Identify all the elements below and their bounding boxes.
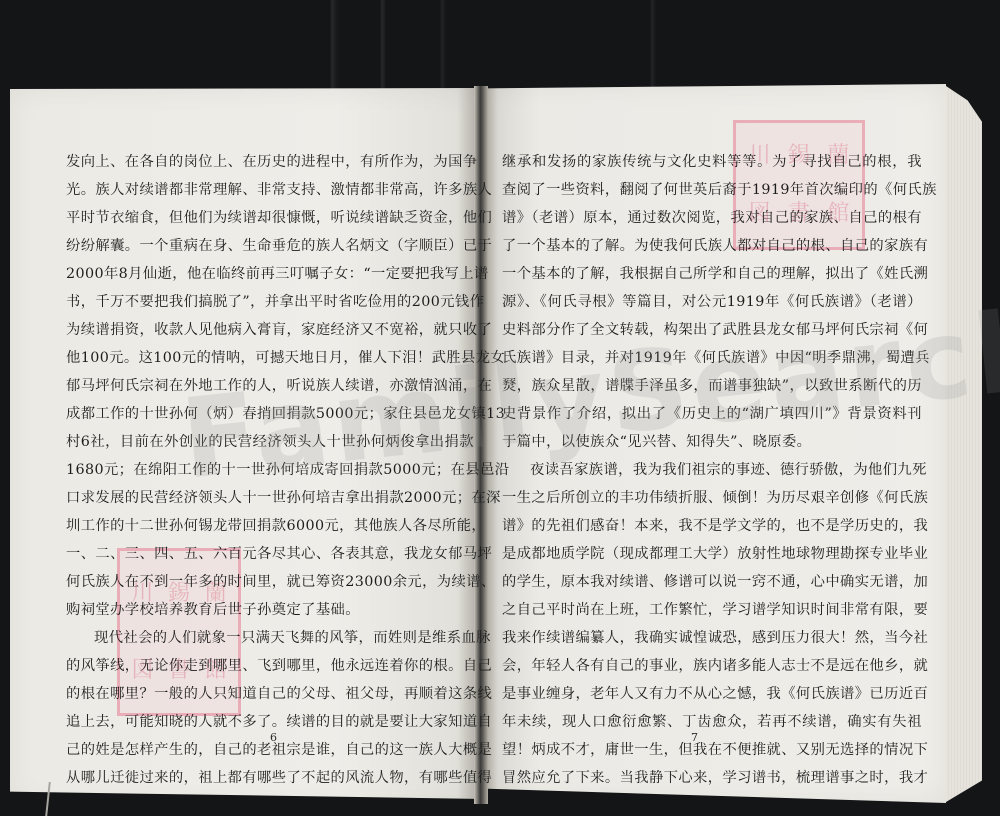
- text-line: 会，年轻人各有自己的事业，族内诸多能人志士不是远在他乡，就: [502, 652, 922, 680]
- text-line: 村6社，目前在外创业的民营经济领头人十世孙何炳俊拿出捐款: [66, 428, 474, 456]
- text-line: 从哪儿迁徙过来的，祖上都有哪些了不起的风流人物，有哪些值得: [66, 764, 474, 792]
- page-number-right: 7: [691, 731, 698, 744]
- text-line: 纷纷解囊。一个重病在身、生命垂危的族人名炳文（字顺臣）已于: [66, 232, 474, 260]
- text-line: 一、二、三、四、五、六百元各尽其心、各表其意，我龙女郁马坪: [66, 540, 474, 568]
- text-line: 为续谱捐资，收款人见他病入膏肓，家庭经济又不宽裕，就只收了: [66, 316, 474, 344]
- text-line: 光。族人对续谱都非常理解、非常支持、激情都非常高，许多族人: [66, 176, 474, 204]
- text-line: 口求发展的民营经济领头人十一世孙何培吉拿出捐款2000元；在深: [66, 484, 474, 512]
- text-line: 源》、《何氏寻根》等篇目，对公元1919年《何氏族谱》（老谱）: [502, 288, 922, 316]
- text-line: 谱》（老谱）原本，通过数次阅览，我对自己的家族、自己的根有: [502, 204, 922, 232]
- paragraph-start-line: 现代社会的人们就象一只满天飞舞的风筝，而姓则是维系血脉: [66, 624, 474, 652]
- text-line: 郁马坪何氏宗祠在外地工作的人，听说族人续谱，亦激情汹涌，在: [66, 372, 474, 400]
- page-number-left: 6: [270, 731, 277, 744]
- text-line: 成都工作的十世孙何（炳）春捎回捐款5000元；家住县邑龙女镇13: [66, 400, 474, 428]
- right-page-text: 继承和发扬的家族传统与文化史料等等。为了寻找自己的根，我 查阅了一些资料，翻阅了…: [502, 148, 922, 792]
- text-line: 年未续，现人口愈衍愈繁、丁齿愈众，若再不续谱，确实有失祖: [502, 708, 922, 736]
- text-line: 冒然应允了下来。当我静下心来，学习谱书，梳理谱事之时，我才: [502, 764, 922, 792]
- text-line: 一生之后所创立的丰功伟绩折服、倾倒！为历尽艰辛创修《何氏族: [502, 484, 922, 512]
- text-line: 发向上、在各自的岗位上、在历史的进程中，有所作为，为国争: [66, 148, 474, 176]
- text-line: 氏族谱》目录，并对1919年《何氏族谱》中因“明季鼎沸，蜀遭兵: [502, 344, 922, 372]
- text-line: 于篇中，以使族众“见兴替、知得失”、晓原委。: [502, 428, 922, 456]
- text-line: 圳工作的十二世孙何锡龙带回捐款6000元，其他族人各尽所能，: [66, 512, 474, 540]
- text-line: 购祠堂办学校培养教育后世子孙奠定了基础。: [66, 596, 474, 624]
- text-line: 是成都地质学院（现成都理工大学）放射性地球物理勘探专业毕业: [502, 540, 922, 568]
- text-line: 是事业缠身，老年人又有力不从心之憾，我《何氏族谱》已历近百: [502, 680, 922, 708]
- text-line: 2000年8月仙逝，他在临终前再三叮嘱子女：“一定要把我写上谱: [66, 260, 474, 288]
- text-line: 史料部分作了全文转载，构架出了武胜县龙女郁马坪何氏宗祠《何: [502, 316, 922, 344]
- text-line: 的风筝线，无论你走到哪里、飞到哪里，他永远连着你的根。自己: [66, 652, 474, 680]
- left-page-text: 发向上、在各自的岗位上、在历史的进程中，有所作为，为国争 光。族人对续谱都非常理…: [66, 148, 474, 792]
- text-line: 燹，族众星散，谱牒手泽虽多，而谱事独缺”，以致世系断代的历: [502, 372, 922, 400]
- text-line: 史背景作了介绍，拟出了《历史上的“湖广填四川”》背景资料刊: [502, 400, 922, 428]
- text-line: 谱》的先祖们感奋！本来，我不是学文学的，也不是学历史的，我: [502, 512, 922, 540]
- text-line: 书，千万不要把我们搞脱了”，并拿出平时省吃俭用的200元钱作: [66, 288, 474, 316]
- text-line: 我来作续谱编纂人，我确实诚惶诚恐，感到压力很大！然，当今社: [502, 624, 922, 652]
- text-line: 他100元。这100元的情呐，可撼天地日月，催人下泪！武胜县龙女: [66, 344, 474, 372]
- text-line: 平时节衣缩食，但他们为续谱却很慷慨，听说续谱缺乏资金，他们: [66, 204, 474, 232]
- text-line: 的学生，原本我对续谱、修谱可以说一窍不通，心中确实无谱，加: [502, 568, 922, 596]
- text-line: 了一个基本的了解。为使我何氏族人都对自己的根、自己的家族有: [502, 232, 922, 260]
- page-edge-block: [946, 86, 982, 802]
- paragraph-start-line: 夜读吾家族谱，我为我们祖宗的事迹、德行骄傲，为他们九死: [502, 456, 922, 484]
- text-line: 1680元；在绵阳工作的十一世孙何培成寄回捐款5000元；在县邑沿: [66, 456, 474, 484]
- text-line: 望！炳成不才，庸世一生，但我在不便推就、又别无选择的情况下: [502, 736, 922, 764]
- text-line: 之自己平时尚在上班，工作繁忙，学习谱学知识时间非常有限，要: [502, 596, 922, 624]
- text-line: 查阅了一些资料，翻阅了何世英后裔于1919年首次编印的《何氏族: [502, 176, 922, 204]
- text-line: 何氏族人在不到一年多的时间里，就已筹资23000余元，为续谱、: [66, 568, 474, 596]
- text-line: 一个基本的了解，我根据自己所学和自己的理解，拟出了《姓氏溯: [502, 260, 922, 288]
- text-line: 继承和发扬的家族传统与文化史料等等。为了寻找自己的根，我: [502, 148, 922, 176]
- text-line: 的根在哪里？一般的人只知道自己的父母、祖父母，再顺着这条线: [66, 680, 474, 708]
